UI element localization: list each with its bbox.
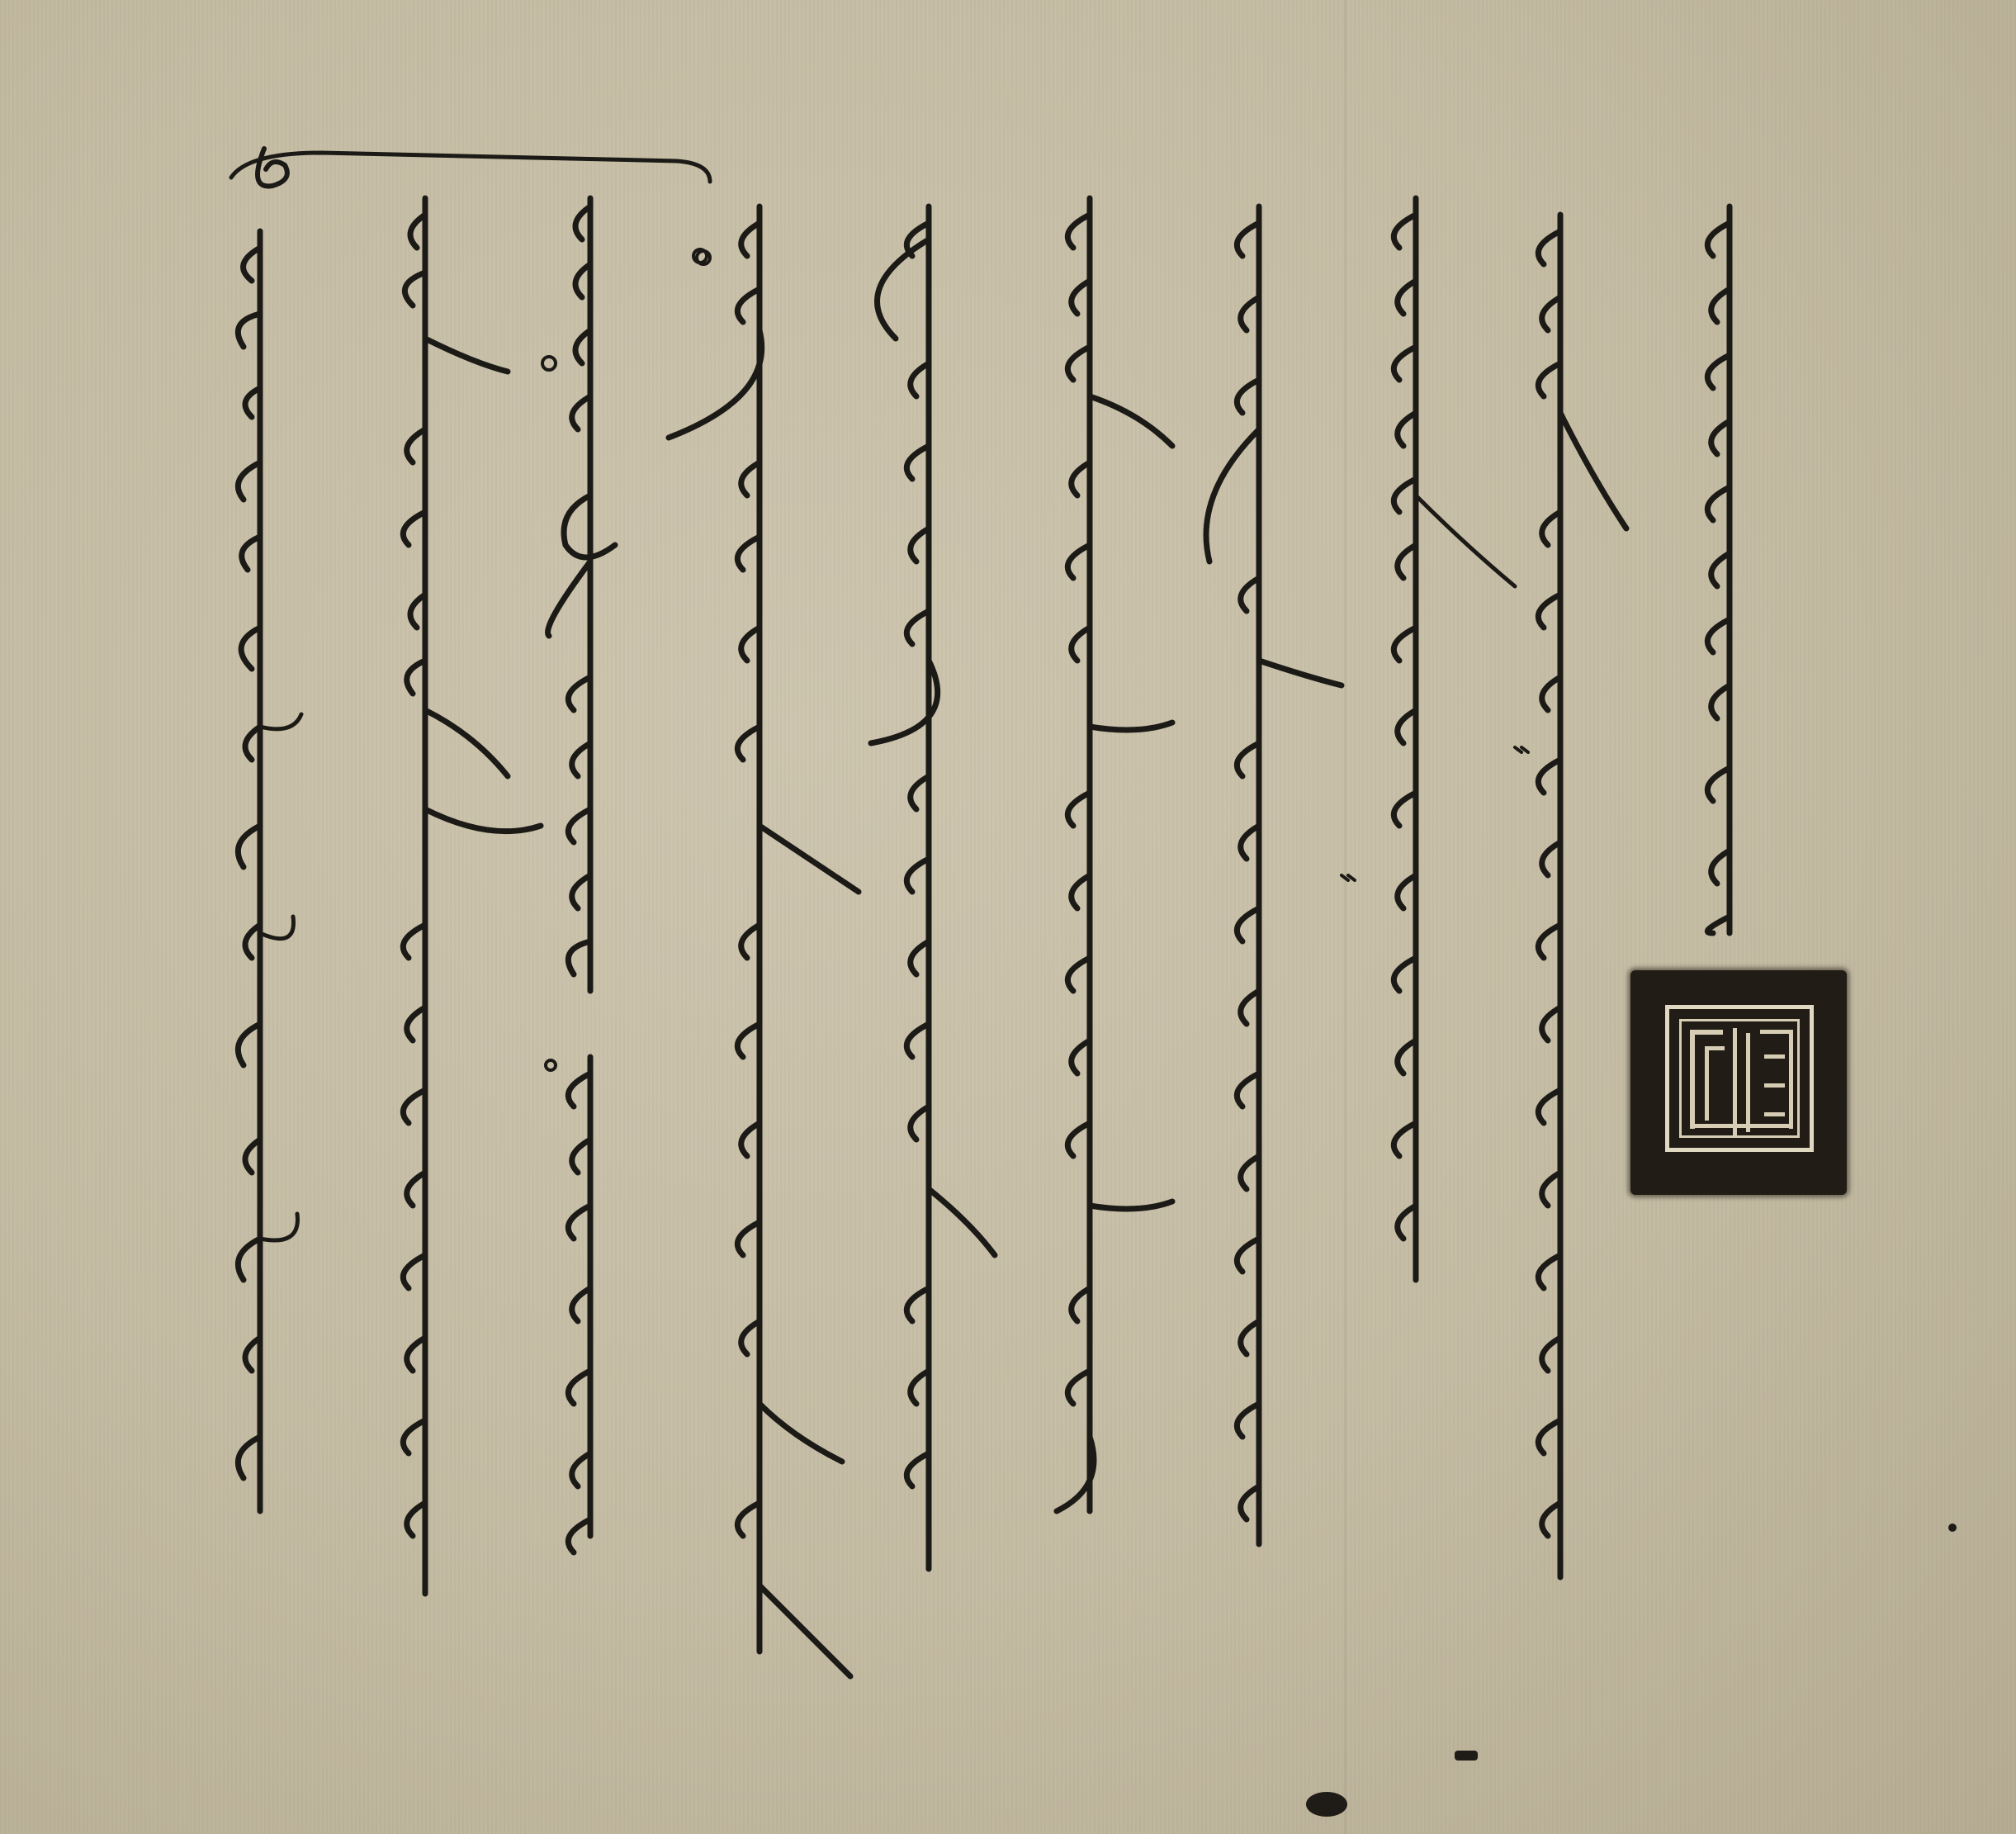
ink-mark [1455,1751,1478,1761]
script-columns [0,0,2016,1834]
column-2 [403,198,541,1594]
birga-header-mark [231,149,710,186]
punctuation-marks [546,251,1528,1070]
ink-dot [1948,1524,1957,1532]
seal-inner-border [1679,1019,1800,1138]
ink-blot [1306,1792,1347,1817]
column-10 [1707,206,1730,933]
seal-stamp [1630,970,1847,1195]
column-8 [1394,198,1515,1280]
column-6 [1057,198,1172,1511]
column-4 [669,206,859,1676]
column-5 [871,206,995,1569]
column-7 [1206,206,1342,1544]
column-9 [1538,215,1626,1577]
column-1 [238,231,301,1511]
seal-border [1665,1005,1814,1152]
column-3 [542,198,615,1552]
manuscript-page: Handwritten letter in vertical columns r… [0,0,2016,1834]
